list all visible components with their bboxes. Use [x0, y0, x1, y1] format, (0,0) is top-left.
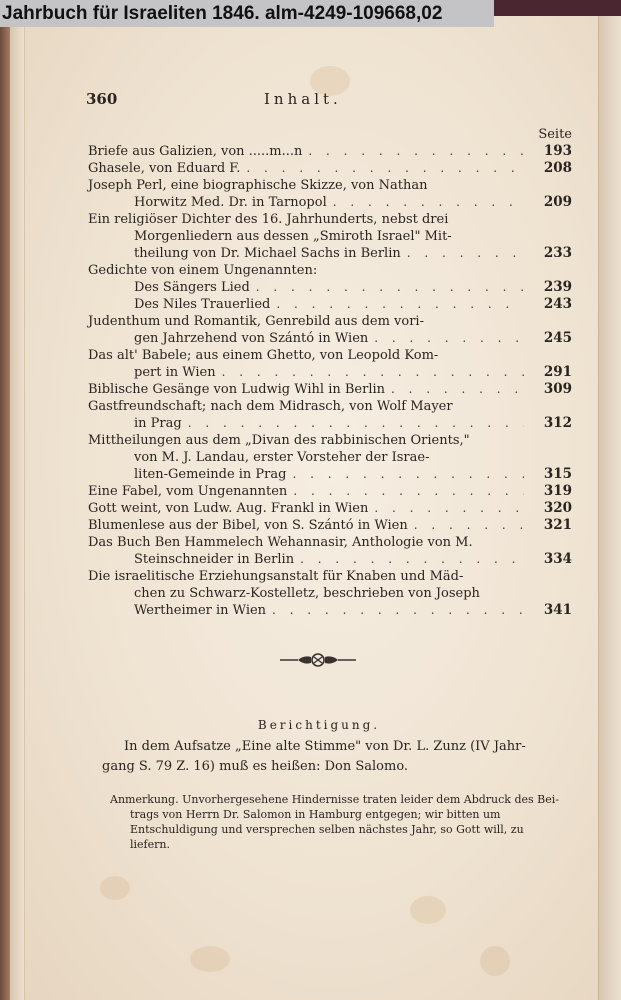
footnote: Anmerkung. Unvorhergesehene Hindernisse … — [110, 792, 580, 852]
toc-page-number: 341 — [524, 602, 572, 619]
toc-entry-title: Joseph Perl, eine biographische Skizze, … — [88, 177, 428, 194]
toc-page-number: 208 — [524, 160, 572, 177]
page-number: 360 — [86, 90, 117, 108]
toc-page-number: 243 — [524, 296, 572, 313]
toc-entry-line: Biblische Gesänge von Ludwig Wihl in Ber… — [88, 381, 572, 398]
adjacent-page-edge — [598, 16, 621, 1000]
dot-leader: . . . . . . . . . . . . . . . . . . . . … — [368, 500, 524, 517]
toc-entry: Gedichte von einem Ungenannten: — [88, 262, 572, 279]
dot-leader: . . . . . . . . . . . . . . . . . . . . … — [182, 415, 524, 432]
toc-entry-title: Briefe aus Galizien, von .....m...n — [88, 143, 302, 160]
toc-entry-title: Gastfreundschaft; nach dem Midrasch, von… — [88, 398, 453, 415]
toc-entry-line: Mittheilungen aus dem „Divan des rabbini… — [88, 432, 572, 449]
correction-section: Berichtigung. In dem Aufsatze „Eine alte… — [124, 718, 574, 777]
paper-stain — [480, 946, 510, 976]
toc-entry: Gastfreundschaft; nach dem Midrasch, von… — [88, 398, 572, 432]
toc-entry-title: Des Niles Trauerlied — [134, 296, 270, 313]
toc-entry-line: pert in Wien. . . . . . . . . . . . . . … — [88, 364, 572, 381]
dot-leader: . . . . . . . . . . . . . . . . . . . . … — [302, 143, 524, 160]
correction-text-line: In dem Aufsatze „Eine alte Stimme" von D… — [124, 737, 574, 757]
toc-entry-line: Wertheimer in Wien. . . . . . . . . . . … — [88, 602, 572, 619]
toc-page-number: 193 — [524, 143, 572, 160]
toc-entry-line: Morgenliedern aus dessen „Smiroth Israel… — [88, 228, 572, 245]
toc-entries: Briefe aus Galizien, von .....m...n. . .… — [88, 143, 572, 619]
page-title: Inhalt. — [264, 90, 342, 108]
dot-leader: . . . . . . . . . . . . . . . . . . . . … — [286, 466, 524, 483]
dot-leader: . . . . . . . . . . . . . . . . . . . . … — [266, 602, 524, 619]
dot-leader: . . . . . . . . . . . . . . . . . . . . … — [401, 245, 524, 262]
toc-entry-title: Blumenlese aus der Bibel, von S. Szántó … — [88, 517, 408, 534]
window-title: Jahrbuch für Israeliten 1846. alm-4249-1… — [0, 0, 494, 27]
toc-entry-title: in Prag — [134, 415, 182, 432]
correction-title: Berichtigung. — [124, 718, 574, 732]
toc-entry: Blumenlese aus der Bibel, von S. Szántó … — [88, 517, 572, 534]
toc-entry-title: Judenthum und Romantik, Genrebild aus de… — [88, 313, 424, 330]
dot-leader: . . . . . . . . . . . . . . . . . . . . … — [408, 517, 524, 534]
dot-leader: . . . . . . . . . . . . . . . . . . . . … — [250, 279, 524, 296]
toc-entry-title: Gott weint, von Ludw. Aug. Frankl in Wie… — [88, 500, 368, 517]
toc-entry-title: Ein religiöser Dichter des 16. Jahrhunde… — [88, 211, 448, 228]
toc-entry: Gott weint, von Ludw. Aug. Frankl in Wie… — [88, 500, 572, 517]
toc-entry: Ein religiöser Dichter des 16. Jahrhunde… — [88, 211, 572, 262]
toc-entry-title: Das Buch Ben Hammelech Wehannasir, Antho… — [88, 534, 473, 551]
toc-entry-line: von M. J. Landau, erster Vorsteher der I… — [88, 449, 572, 466]
decorative-divider-icon — [278, 652, 358, 668]
footnote-line: trags von Herrn Dr. Salomon in Hamburg e… — [110, 807, 580, 822]
book-binding-edge — [0, 27, 10, 1000]
toc-entry-line: Gott weint, von Ludw. Aug. Frankl in Wie… — [88, 500, 572, 517]
toc-entry: Briefe aus Galizien, von .....m...n. . .… — [88, 143, 572, 160]
toc-entry-title: pert in Wien — [134, 364, 216, 381]
toc-page-number: 239 — [524, 279, 572, 296]
toc-entry-title: Des Sängers Lied — [134, 279, 250, 296]
dot-leader: . . . . . . . . . . . . . . . . . . . . … — [294, 551, 524, 568]
toc-entry: Joseph Perl, eine biographische Skizze, … — [88, 177, 572, 211]
toc-entry-line: Horwitz Med. Dr. in Tarnopol. . . . . . … — [88, 194, 572, 211]
toc-entry-line: Ghasele, von Eduard F.. . . . . . . . . … — [88, 160, 572, 177]
toc-entry-line: Das Buch Ben Hammelech Wehannasir, Antho… — [88, 534, 572, 551]
toc-page-number: 245 — [524, 330, 572, 347]
toc-page-number: 315 — [524, 466, 572, 483]
toc-entry: Die israelitische Erziehungsanstalt für … — [88, 568, 572, 619]
correction-text-line: gang S. 79 Z. 16) muß es heißen: Don Sal… — [102, 757, 574, 777]
toc-entry-title: Eine Fabel, vom Ungenannten — [88, 483, 287, 500]
dot-leader: . . . . . . . . . . . . . . . . . . . . … — [385, 381, 524, 398]
toc-entry-title: Ghasele, von Eduard F. — [88, 160, 240, 177]
toc-entry: Mittheilungen aus dem „Divan des rabbini… — [88, 432, 572, 483]
page-gutter — [10, 27, 25, 1000]
toc-page-number: 233 — [524, 245, 572, 262]
toc-entry-line: Gedichte von einem Ungenannten: — [88, 262, 572, 279]
toc-entry-line: Judenthum und Romantik, Genrebild aus de… — [88, 313, 572, 330]
toc-entry-line: Ein religiöser Dichter des 16. Jahrhunde… — [88, 211, 572, 228]
toc-entry-line: Eine Fabel, vom Ungenannten. . . . . . .… — [88, 483, 572, 500]
toc-entry: Das alt' Babele; aus einem Ghetto, von L… — [88, 347, 572, 381]
toc-page-number: 312 — [524, 415, 572, 432]
footnote-line: Entschuldigung und versprechen selben nä… — [110, 822, 580, 837]
toc-entry-title: Horwitz Med. Dr. in Tarnopol — [134, 194, 327, 211]
toc-page-number: 309 — [524, 381, 572, 398]
toc-page-number: 291 — [524, 364, 572, 381]
toc-entry-line: in Prag. . . . . . . . . . . . . . . . .… — [88, 415, 572, 432]
toc-entry-line: Des Sängers Lied. . . . . . . . . . . . … — [88, 279, 572, 296]
toc-entry-line: Gastfreundschaft; nach dem Midrasch, von… — [88, 398, 572, 415]
toc-entry-title: Das alt' Babele; aus einem Ghetto, von L… — [88, 347, 438, 364]
toc-page-number: 334 — [524, 551, 572, 568]
toc-entry-title: theilung von Dr. Michael Sachs in Berlin — [134, 245, 401, 262]
toc-entry-title: Mittheilungen aus dem „Divan des rabbini… — [88, 432, 470, 449]
paper-stain — [190, 946, 230, 972]
toc-page-number: 321 — [524, 517, 572, 534]
toc-entry-line: liten-Gemeinde in Prag. . . . . . . . . … — [88, 466, 572, 483]
toc-entry: Eine Fabel, vom Ungenannten. . . . . . .… — [88, 483, 572, 500]
toc-entry: Ghasele, von Eduard F.. . . . . . . . . … — [88, 160, 572, 177]
toc-page-number: 209 — [524, 194, 572, 211]
toc-entry-line: gen Jahrzehend von Szántó in Wien. . . .… — [88, 330, 572, 347]
toc-entry-title: Steinschneider in Berlin — [134, 551, 294, 568]
toc-entry-line: Das alt' Babele; aus einem Ghetto, von L… — [88, 347, 572, 364]
paper-stain — [100, 876, 130, 900]
dot-leader: . . . . . . . . . . . . . . . . . . . . … — [216, 364, 524, 381]
toc-entry: Des Sängers Lied. . . . . . . . . . . . … — [88, 279, 572, 296]
toc-entry-line: Die israelitische Erziehungsanstalt für … — [88, 568, 572, 585]
page-column-label: Seite — [88, 126, 572, 143]
toc-entry-title: Wertheimer in Wien — [134, 602, 266, 619]
dot-leader: . . . . . . . . . . . . . . . . . . . . … — [368, 330, 524, 347]
toc-entry-title: liten-Gemeinde in Prag — [134, 466, 286, 483]
toc-entry-title: Morgenliedern aus dessen „Smiroth Israel… — [134, 228, 452, 245]
toc-entry-line: Des Niles Trauerlied. . . . . . . . . . … — [88, 296, 572, 313]
dot-leader: . . . . . . . . . . . . . . . . . . . . … — [270, 296, 524, 313]
toc-entry: Judenthum und Romantik, Genrebild aus de… — [88, 313, 572, 347]
toc-entry-line: Joseph Perl, eine biographische Skizze, … — [88, 177, 572, 194]
dot-leader: . . . . . . . . . . . . . . . . . . . . … — [287, 483, 524, 500]
toc-page-number: 320 — [524, 500, 572, 517]
table-of-contents: Seite Briefe aus Galizien, von .....m...… — [88, 126, 572, 619]
dot-leader: . . . . . . . . . . . . . . . . . . . . … — [327, 194, 524, 211]
toc-entry-line: chen zu Schwarz-Kostelletz, beschrieben … — [88, 585, 572, 602]
toc-entry-line: Steinschneider in Berlin. . . . . . . . … — [88, 551, 572, 568]
toc-entry-title: Die israelitische Erziehungsanstalt für … — [88, 568, 463, 585]
toc-entry-title: Biblische Gesänge von Ludwig Wihl in Ber… — [88, 381, 385, 398]
toc-entry: Das Buch Ben Hammelech Wehannasir, Antho… — [88, 534, 572, 568]
toc-entry-line: Blumenlese aus der Bibel, von S. Szántó … — [88, 517, 572, 534]
toc-entry: Biblische Gesänge von Ludwig Wihl in Ber… — [88, 381, 572, 398]
toc-entry-line: theilung von Dr. Michael Sachs in Berlin… — [88, 245, 572, 262]
toc-entry-title: gen Jahrzehend von Szántó in Wien — [134, 330, 368, 347]
toc-entry: Des Niles Trauerlied. . . . . . . . . . … — [88, 296, 572, 313]
toc-entry-title: Gedichte von einem Ungenannten: — [88, 262, 317, 279]
toc-page-number: 319 — [524, 483, 572, 500]
toc-entry-title: von M. J. Landau, erster Vorsteher der I… — [134, 449, 429, 466]
toc-entry-line: Briefe aus Galizien, von .....m...n. . .… — [88, 143, 572, 160]
footnote-line: liefern. — [110, 837, 580, 852]
running-head: 360 Inhalt. — [86, 90, 572, 110]
toc-entry-title: chen zu Schwarz-Kostelletz, beschrieben … — [134, 585, 480, 602]
footnote-line: Anmerkung. Unvorhergesehene Hindernisse … — [110, 792, 580, 807]
dot-leader: . . . . . . . . . . . . . . . . . . . . … — [240, 160, 524, 177]
paper-stain — [410, 896, 446, 924]
